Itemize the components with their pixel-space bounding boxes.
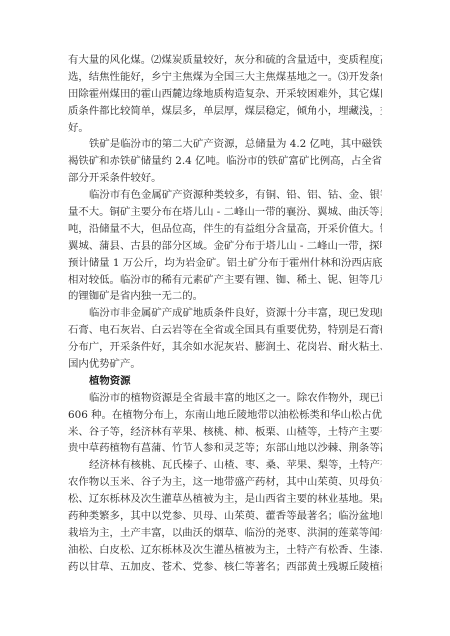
paragraph-plant-economic: 经济林有核桃、瓦氏榛子、山楂、枣、桑、苹果、梨等，土特产有猴头、佛手和烟草， 农… <box>68 457 382 575</box>
text-line: 临汾市非金属矿产成矿地质条件良好，资源十分丰富，现已发现的 24 种非金属矿产中 <box>68 305 382 322</box>
text-line: 质条件都比较简单，煤层多，单层厚，煤层稳定，倾角小，埋藏浅，交通方便，开发条件较 <box>68 103 382 120</box>
text-line: 石膏、电石灰岩、白云岩等在全省或全国具有重要优势，特别是石膏矿膏体厚位大、品位高… <box>68 322 382 339</box>
paragraph-coal-continued: 有大量的风化煤。⑵煤炭质量较好，灰分和硫的含量适中，变质程度高，发热量大，中等可… <box>68 52 382 136</box>
text-line: 有大量的风化煤。⑵煤炭质量较好，灰分和硫的含量适中，变质程度高，发热量大，中等可 <box>68 52 382 69</box>
text-line: 选，结焦性能好，乡宁主焦煤为全国三大主焦煤基地之一。⑶开发条件优越。临汾市三大煤 <box>68 69 382 86</box>
text-line: 的锂铷矿是省内独一无二的。 <box>68 288 382 305</box>
text-line: 油松、白皮松、辽东栎林及次生灌丛植被为主，土特产有松香、生漆、猴头、木耳等，中草 <box>68 542 382 559</box>
text-line: 药种类繁多，其中以党参、贝母、山茱萸、藿香等最著名；临汾盆地以冬麦、棉花等农作物 <box>68 508 382 525</box>
document-body: 有大量的风化煤。⑵煤炭质量较好，灰分和硫的含量适中，变质程度高，发热量大，中等可… <box>68 52 382 576</box>
text-line: 国内优势矿产。 <box>68 356 382 373</box>
text-line: 田除霍州煤田的霍山西麓边缘地质构造复杂、开采较困难外，其它煤田的地质构造和水文地 <box>68 86 382 103</box>
text-line: 农作物以玉米、谷子为主，这一地带盛产药材，其中山茱萸、贝母负有盛名；太岳山区以油 <box>68 474 382 491</box>
text-line: 临汾市的植物资源是全省最丰富的地区之一。除农作物外，现已调查到的种子植物有 <box>68 390 382 407</box>
text-line: 相对较低。临汾市的稀有元素矿产主要有锂、铷、稀土、铌、钽等几种，其中翼城石姑娘山 <box>68 272 382 289</box>
text-line: 好。 <box>68 120 382 137</box>
text-line: 部分开采条件较好。 <box>68 170 382 187</box>
text-line: 临汾市有色金属矿产资源种类较多，有铜、铅、铝、钴、金、银等 7 种，但大部分储 <box>68 187 382 204</box>
paragraph-nonmetal-minerals: 临汾市非金属矿产成矿地质条件良好，资源十分丰富，现已发现的 24 种非金属矿产中… <box>68 305 382 373</box>
text-line: 松、辽东栎林及次生灌草丛植被为主，是山西省主要的林业基地。果品主要有梨、柿，中草 <box>68 491 382 508</box>
text-line: 经济林有核桃、瓦氏榛子、山楂、枣、桑、苹果、梨等，土特产有猴头、佛手和烟草， <box>68 457 382 474</box>
paragraph-nonferrous-metals: 临汾市有色金属矿产资源种类较多，有铜、铅、铝、钴、金、银等 7 种，但大部分储 … <box>68 187 382 305</box>
text-line: 铁矿是临汾市的第二大矿产资源，总储量为 4.2 亿吨，其中磁铁矿储量为 1.8 … <box>68 136 382 153</box>
section-heading: 植物资源 <box>68 373 382 390</box>
text-line: 606 种。在植物分布上，东南山地丘陵地带以油松栎类和华山松占优势，农作物有小麦… <box>68 407 382 424</box>
text-line: 贵中草药植物有菖蒲、竹节人参和灵芝等；东部山地以沙棘、荆条等次生灌草丛植被为主。 <box>68 440 382 457</box>
text-line: 药以甘草、五加皮、苍术、党参、核仁等著名；西部黄土残塬丘陵植被以灌丛和草丛为主。 <box>68 559 382 576</box>
text-line: 吨，沿储量不大，但品位高，伴生的有益组分含量高，开采价值大。铅、锌矿分布在洪洞、 <box>68 221 382 238</box>
text-line: 米、谷子等，经济林有苹果、核桃、柿、板栗、山楂等，土特产主要有黑木耳、猴头等，名 <box>68 424 382 441</box>
paragraph-plant-overview: 临汾市的植物资源是全省最丰富的地区之一。除农作物外，现已调查到的种子植物有 60… <box>68 390 382 458</box>
text-line: 预计储量 1 万公斤，均为岩金矿。铝土矿分布于霍州什林和汾西店底一带，地质工作程… <box>68 255 382 272</box>
paragraph-iron-ore: 铁矿是临汾市的第二大矿产资源，总储量为 4.2 亿吨，其中磁铁矿储量为 1.8 … <box>68 136 382 187</box>
text-line: 量不大。铜矿主要分布在塔儿山 - 二峰山一带的襄汾、翼城、曲沃等县，保有储量 2… <box>68 204 382 221</box>
document-page: 有大量的风化煤。⑵煤炭质量较好，灰分和硫的含量适中，变质程度高，发热量大，中等可… <box>0 0 450 636</box>
text-line: 翼城、蒲县、古县的部分区域。金矿分布于塔儿山 - 二峰山一带，探明储量 5325… <box>68 238 382 255</box>
text-line: 褐铁矿和赤铁矿储量约 2.4 亿吨。临汾市的铁矿富矿比例高，占全省富矿的 70%… <box>68 153 382 170</box>
text-line: 分布广，开采条件好，其余如水泥灰岩、膨润土、花岗岩、耐火粘土、麦饭石等则可望成为 <box>68 339 382 356</box>
text-line: 栽培为主，土产丰富，以曲沃的烟草、临汾的尧枣、洪洞的莲菜等闻名于省内外；吕梁山以 <box>68 525 382 542</box>
